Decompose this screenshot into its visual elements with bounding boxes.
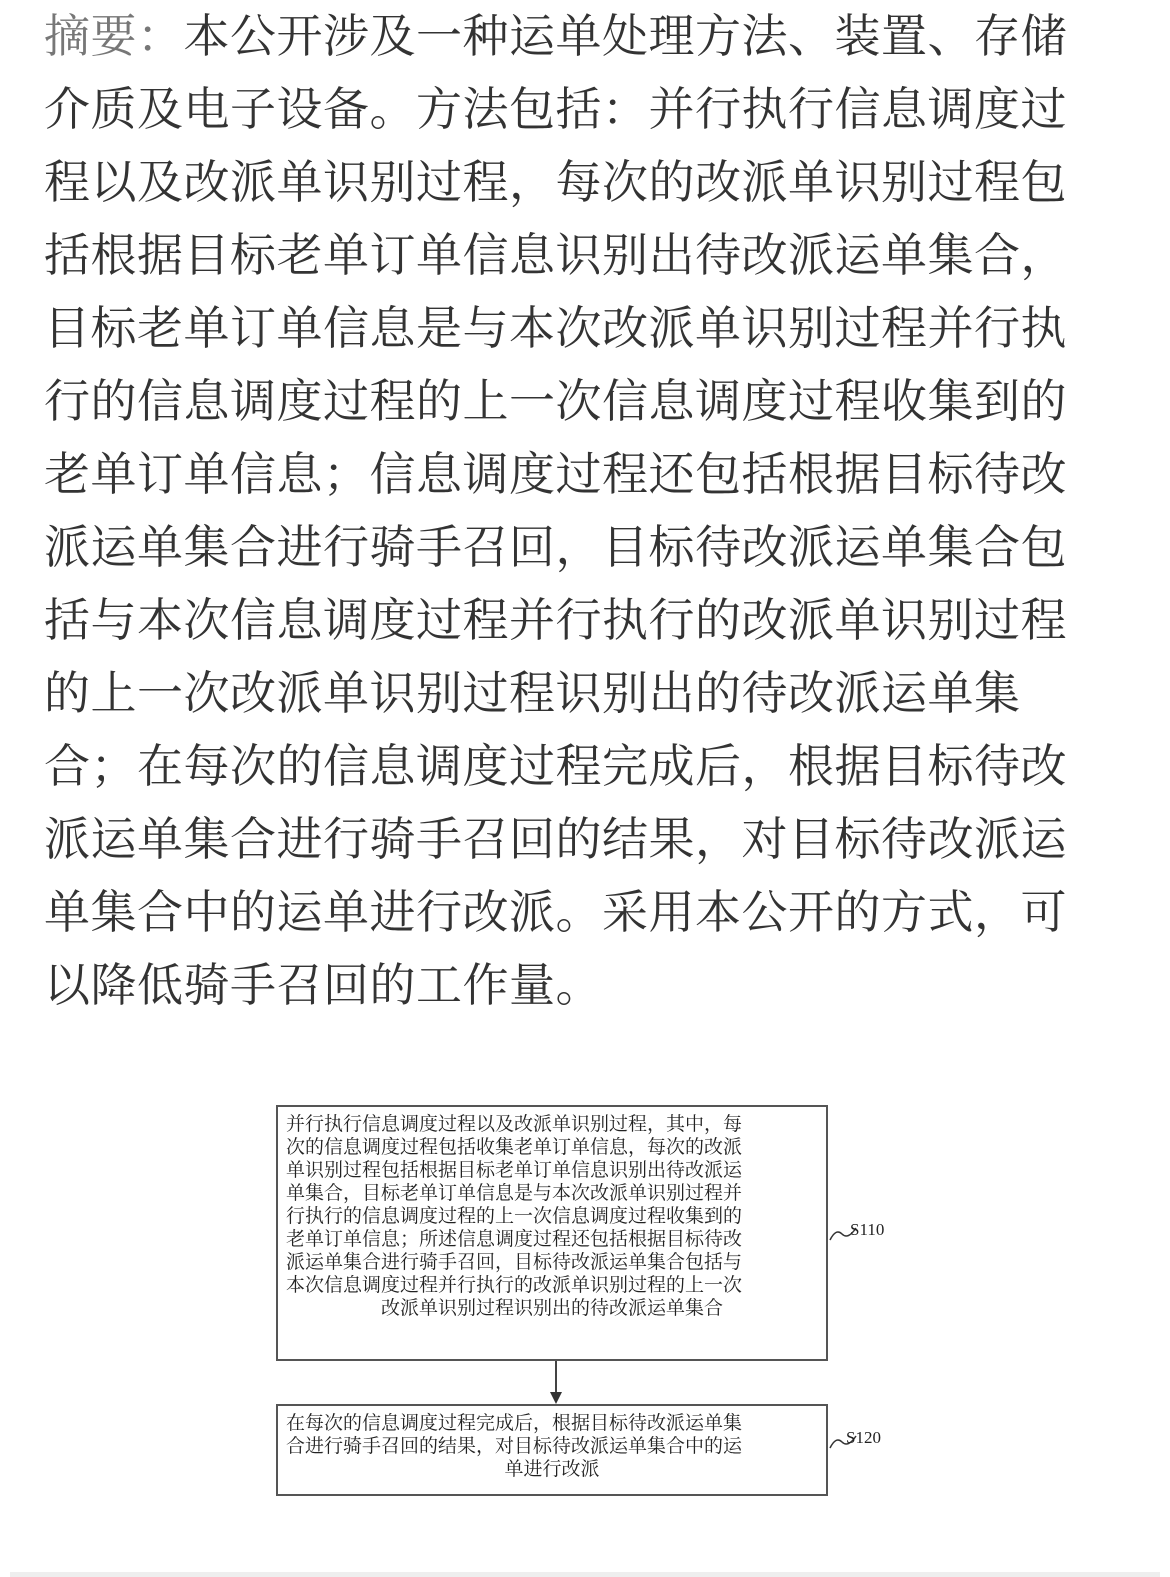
abstract-line: 合；在每次的信息调度过程完成后，根据目标待改 <box>44 730 1134 803</box>
abstract-line: 派运单集合进行骑手召回，目标待改派运单集合包 <box>44 511 1134 584</box>
abstract-line: 程以及改派单识别过程，每次的改派单识别过程包 <box>44 146 1134 219</box>
abstract-line: 单集合中的运单进行改派。采用本公开的方式，可 <box>44 876 1134 949</box>
abstract-line: 目标老单订单信息是与本次改派单识别过程并行执 <box>44 292 1134 365</box>
abstract-text: 摘要：本公开涉及一种运单处理方法、装置、存储 介质及电子设备。方法包括：并行执行… <box>44 0 1134 1022</box>
abstract-line: 以降低骑手召回的工作量。 <box>44 949 1134 1022</box>
abstract-line: 派运单集合进行骑手召回的结果，对目标待改派运 <box>44 803 1134 876</box>
step-label-s120: S120 <box>846 1428 881 1448</box>
abstract-line: 的上一次改派单识别过程识别出的待改派运单集 <box>44 657 1134 730</box>
abstract-line: 行的信息调度过程的上一次信息调度过程收集到的 <box>44 365 1134 438</box>
abstract-line: 老单订单信息；信息调度过程还包括根据目标待改 <box>44 438 1134 511</box>
abstract-line: 括与本次信息调度过程并行执行的改派单识别过程 <box>44 584 1134 657</box>
abstract-line: 摘要：本公开涉及一种运单处理方法、装置、存储 <box>44 0 1134 73</box>
bottom-divider <box>10 1572 1160 1577</box>
step-label-s110: S110 <box>850 1220 884 1240</box>
flowchart-figure: 并行执行信息调度过程以及改派单识别过程，其中，每 次的信息调度过程包括收集老单订… <box>0 1090 1170 1510</box>
flowchart-step-s110-box: 并行执行信息调度过程以及改派单识别过程，其中，每 次的信息调度过程包括收集老单订… <box>276 1105 828 1361</box>
abstract-line: 介质及电子设备。方法包括：并行执行信息调度过 <box>44 73 1134 146</box>
flowchart-step-s120-box: 在每次的信息调度过程完成后，根据目标待改派运单集 合进行骑手召回的结果，对目标待… <box>276 1404 828 1496</box>
abstract-line: 括根据目标老单订单信息识别出待改派运单集合， <box>44 219 1134 292</box>
flow-arrow-line <box>555 1361 557 1395</box>
arrow-down-icon <box>550 1392 562 1404</box>
abstract-label: 摘要： <box>44 9 184 63</box>
